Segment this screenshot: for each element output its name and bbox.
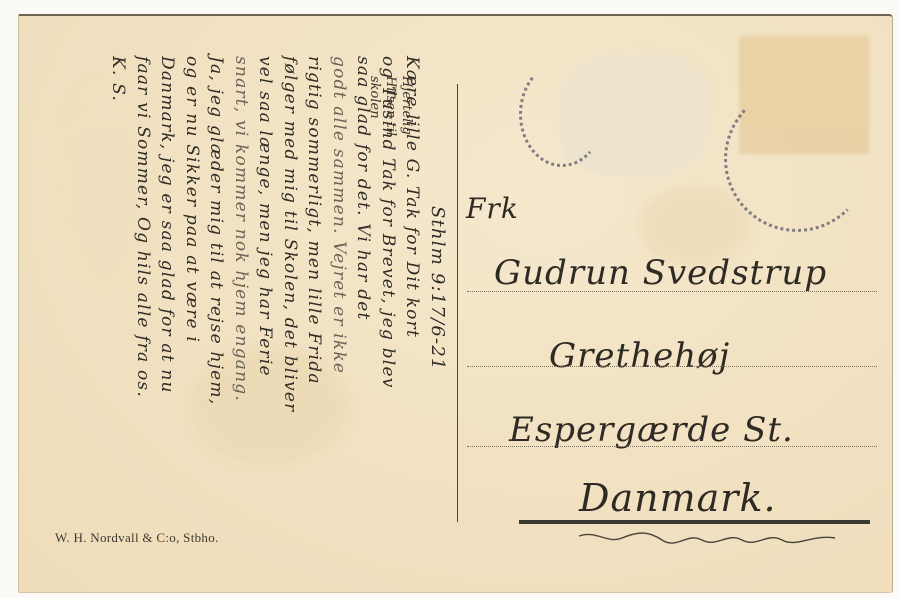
message-line: faar vi Sommer, Og hils alle fra os.	[131, 56, 156, 576]
center-divider	[457, 84, 458, 522]
message-line: vel saa længe, men jeg har Ferie	[253, 56, 278, 576]
address-solid-underline	[519, 520, 870, 524]
message-line: Danmark, jeg er saa glad for at nu	[155, 56, 180, 576]
address-prefix: Frk	[466, 192, 519, 225]
message-line: og er nu Sikker paa at være i	[180, 56, 205, 576]
postmark-right	[724, 86, 870, 232]
message-line: følger med mig til Skolen, det bliver	[278, 56, 303, 576]
message-line: rigtig sommerligt, men lille Frida	[302, 56, 327, 576]
underline-flourish	[577, 528, 837, 548]
side-note-line: Hjertelig	[398, 76, 414, 136]
address-dotted-line	[467, 446, 877, 447]
message-line: snart, vi kommer nok hjem engang.	[229, 56, 254, 576]
address-country: Danmark.	[579, 476, 777, 520]
address-city: Espergærde St.	[509, 410, 794, 450]
postmark-left	[519, 61, 605, 167]
message-side-note: Hjertelig Hilsen til skolen	[366, 76, 414, 136]
scanned-page: Sthlm 9:17/6-21 Kære lille G. Tak for Di…	[0, 0, 900, 598]
side-note-line: skolen	[366, 76, 382, 136]
message-date: Sthlm 9:17/6-21	[425, 56, 450, 576]
address-dotted-line	[467, 366, 877, 367]
message-line: godt alle sammen. Vejret er ikke	[327, 56, 352, 576]
publisher-imprint: W. H. Nordvall & C:o, Stbho.	[55, 530, 219, 546]
side-note-line: Hilsen til	[382, 76, 398, 136]
address-street: Grethehøj	[549, 336, 730, 376]
postcard: Sthlm 9:17/6-21 Kære lille G. Tak for Di…	[18, 14, 893, 593]
address-name: Gudrun Svedstrup	[494, 253, 827, 293]
message-line: Ja, jeg glæder mig til at rejse hjem,	[204, 56, 229, 576]
address-dotted-line	[467, 291, 877, 292]
message-signature: K. S.	[106, 56, 131, 576]
